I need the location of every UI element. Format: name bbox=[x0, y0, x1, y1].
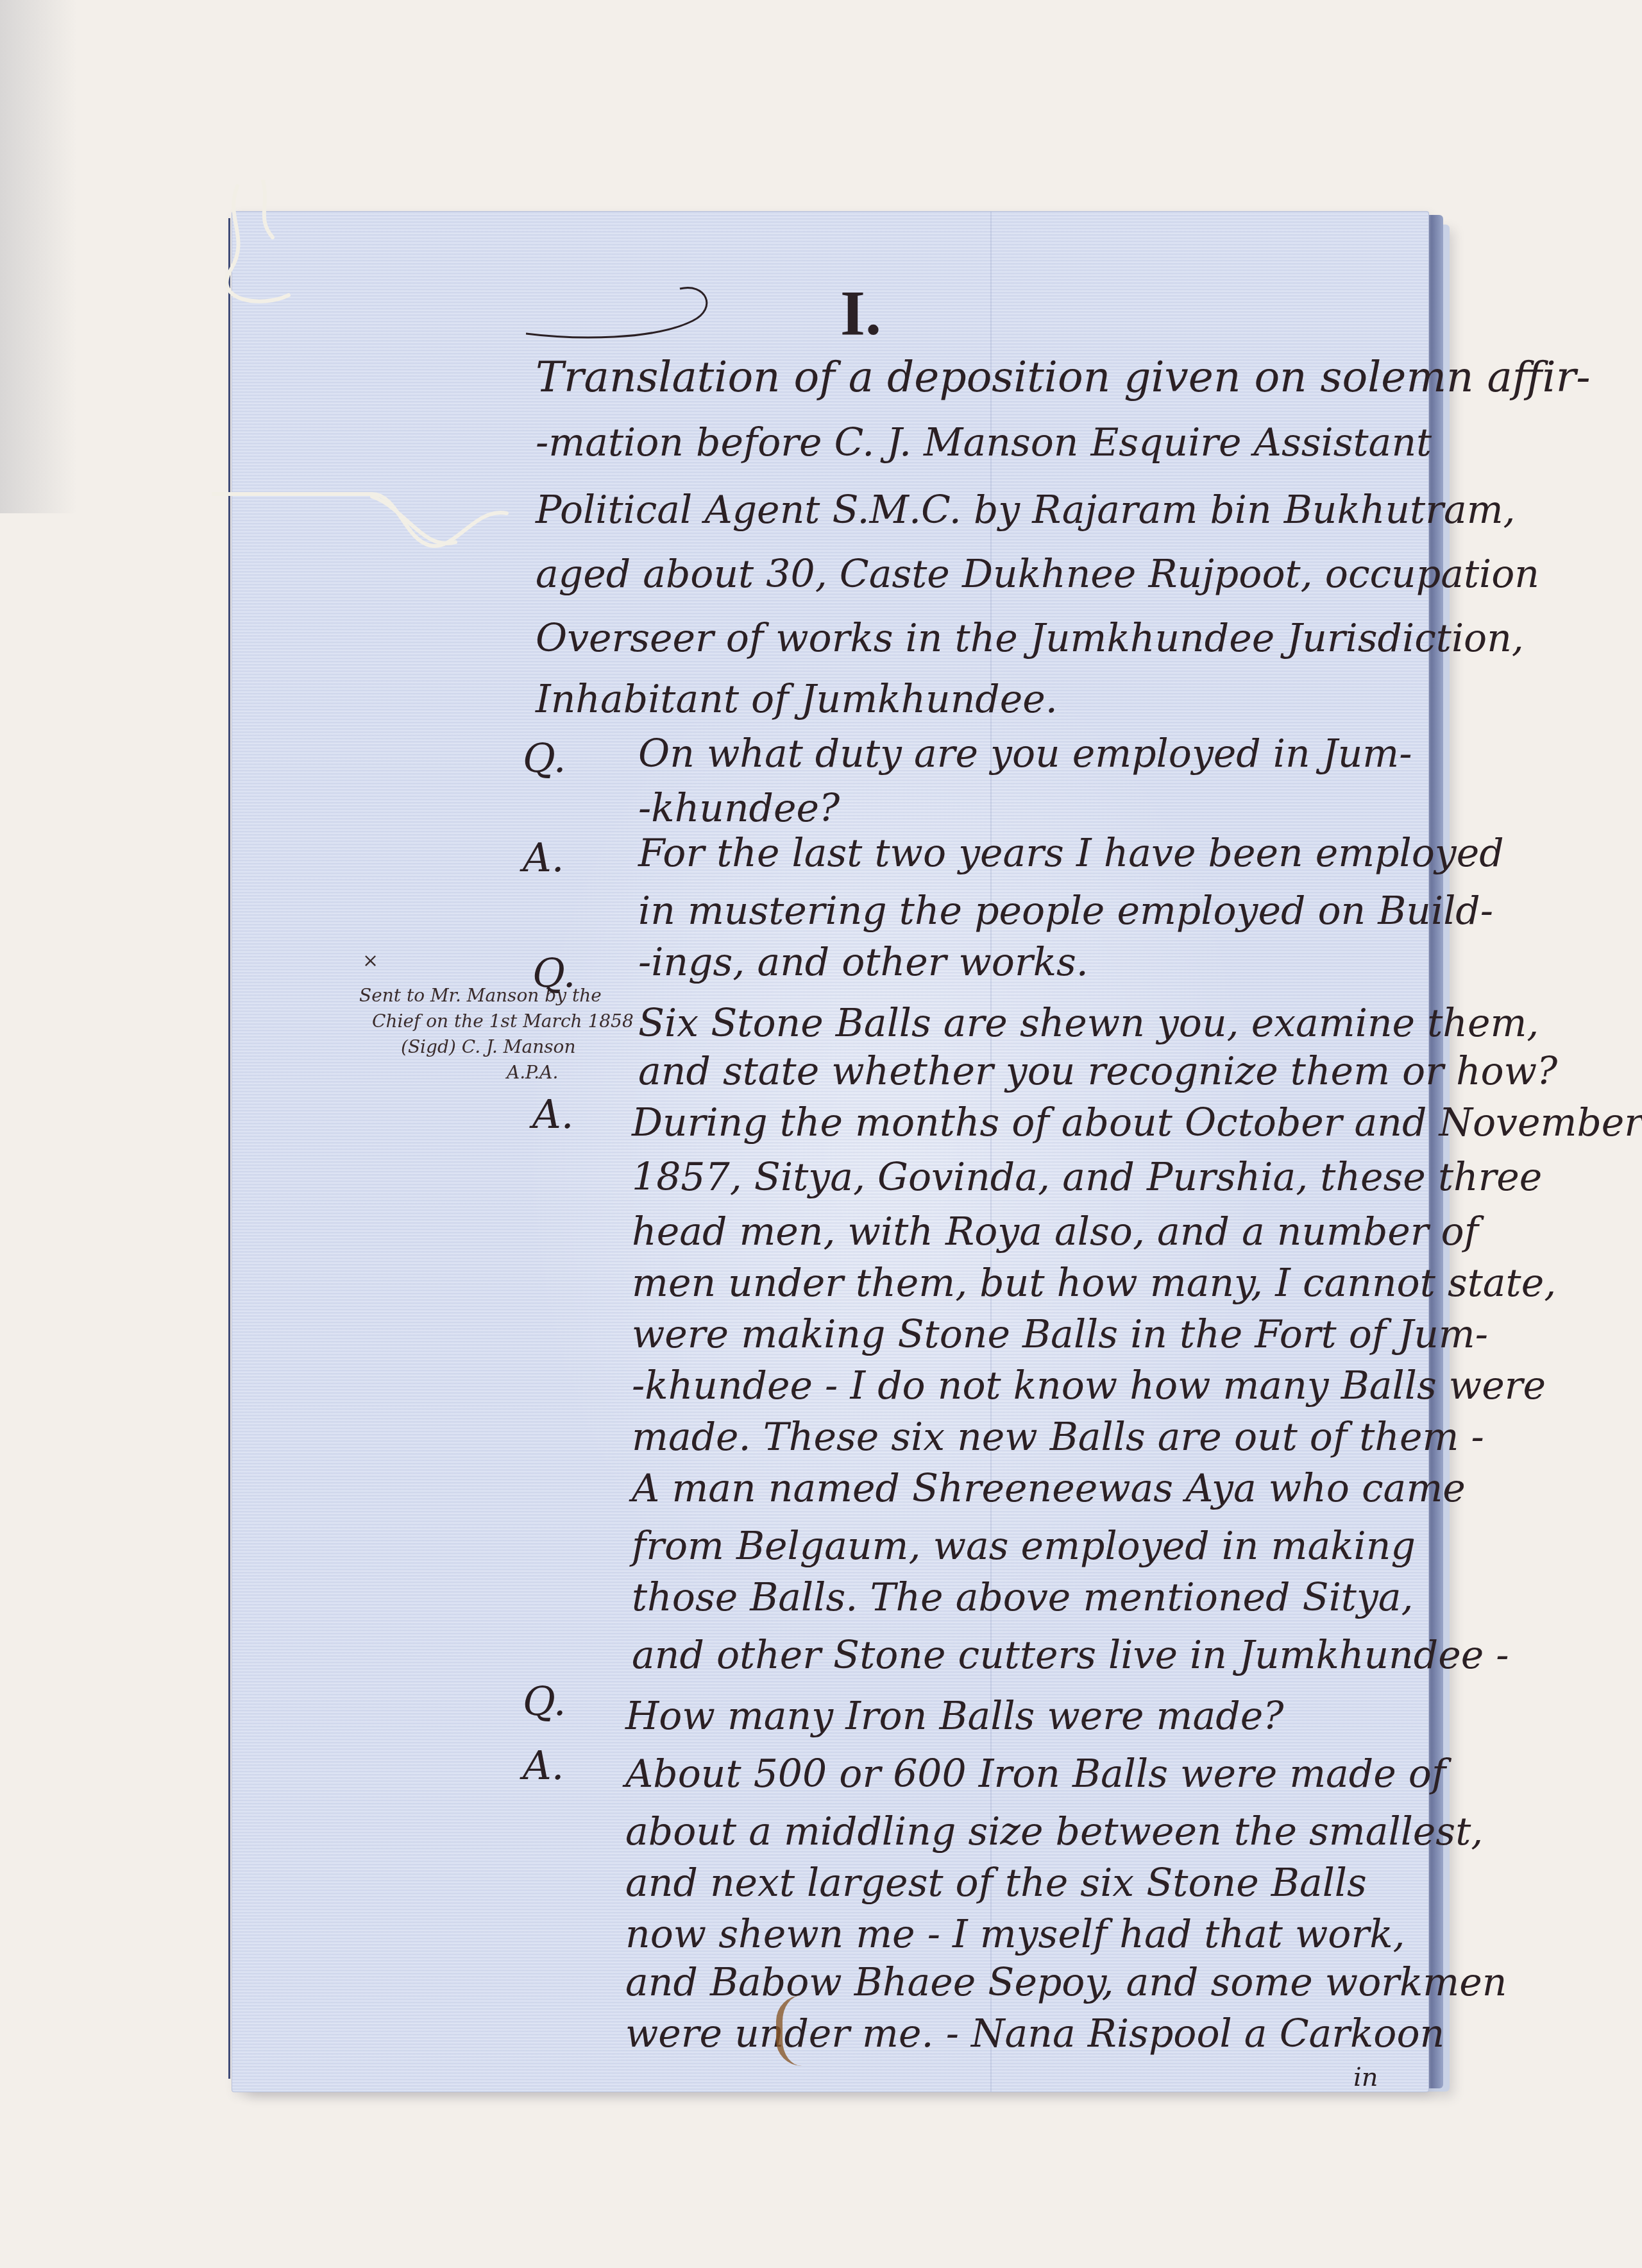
text-line: and Babow Bhaee Sepoy, and some workmen bbox=[625, 1963, 1507, 2002]
background-shadow bbox=[0, 0, 77, 513]
text-line: On what duty are you employed in Jum- bbox=[638, 735, 1412, 773]
answer-label: A. bbox=[523, 834, 564, 881]
text-line: -khundee - I do not know how many Balls … bbox=[632, 1367, 1546, 1405]
text-line: now shewn me - I myself had that work, bbox=[625, 1915, 1405, 1954]
question-label: Q. bbox=[523, 1678, 566, 1725]
text-line: men under them, but how many, I cannot s… bbox=[632, 1264, 1556, 1302]
text-line: in mustering the people employed on Buil… bbox=[638, 892, 1493, 930]
catchword: in bbox=[1353, 2063, 1378, 2092]
text-line: -khundee? bbox=[638, 789, 840, 828]
text-line: During the months of about October and N… bbox=[632, 1104, 1642, 1142]
heading-line: Inhabitant of Jumkhundee. bbox=[536, 680, 1058, 719]
note-line: (Sigd) C. J. Manson bbox=[401, 1036, 575, 1057]
text-line: 1857, Sitya, Govinda, and Purshia, these… bbox=[632, 1158, 1542, 1197]
binding-thread-icon bbox=[212, 180, 314, 334]
heading-line: Translation of a deposition given on sol… bbox=[536, 356, 1591, 398]
title-flourish-icon bbox=[526, 269, 738, 346]
question-label: Q. bbox=[523, 735, 566, 781]
text-line: were under me. - Nana Rispool a Carkoon bbox=[625, 2015, 1444, 2053]
heading-line: -mation before C. J. Manson Esquire Assi… bbox=[536, 423, 1432, 462]
note-line: Chief on the 1st March 1858 bbox=[372, 1010, 634, 1032]
text-line: Six Stone Balls are shewn you, examine t… bbox=[638, 1004, 1539, 1043]
text-line: head men, with Roya also, and a number o… bbox=[632, 1213, 1478, 1251]
binding-thread-knot-icon bbox=[212, 481, 520, 571]
text-line: For the last two years I have been emplo… bbox=[638, 834, 1504, 873]
heading-line: Overseer of works in the Jumkhundee Juri… bbox=[536, 619, 1524, 658]
text-line: from Belgaum, was employed in making bbox=[632, 1527, 1416, 1565]
heading-line: Political Agent S.M.C. by Rajaram bin Bu… bbox=[536, 491, 1516, 529]
ink-stain bbox=[776, 1995, 808, 2066]
text-line: and next largest of the six Stone Balls bbox=[625, 1864, 1367, 1902]
heading-line: aged about 30, Caste Dukhnee Rujpoot, oc… bbox=[536, 555, 1539, 593]
note-line: A.P.A. bbox=[507, 1062, 558, 1083]
text-line: were making Stone Balls in the Fort of J… bbox=[632, 1315, 1488, 1354]
text-line: and other Stone cutters live in Jumkhund… bbox=[632, 1636, 1509, 1675]
note-marker-icon: × bbox=[362, 950, 378, 972]
answer-label: A. bbox=[523, 1742, 564, 1789]
text-line: made. These six new Balls are out of the… bbox=[632, 1418, 1484, 1456]
text-line: those Balls. The above mentioned Sitya, bbox=[632, 1578, 1414, 1617]
section-number: I. bbox=[840, 276, 881, 350]
text-line: How many Iron Balls were made? bbox=[625, 1697, 1283, 1735]
text-line: About 500 or 600 Iron Balls were made of bbox=[625, 1755, 1446, 1793]
answer-label: A. bbox=[532, 1091, 573, 1138]
text-line: -ings, and other works. bbox=[638, 943, 1088, 982]
text-line: about a middling size between the smalle… bbox=[625, 1812, 1483, 1851]
text-line: A man named Shreeneewas Aya who came bbox=[632, 1469, 1466, 1508]
question-label: Q. bbox=[532, 950, 575, 996]
text-line: and state whether you recognize them or … bbox=[638, 1052, 1557, 1091]
